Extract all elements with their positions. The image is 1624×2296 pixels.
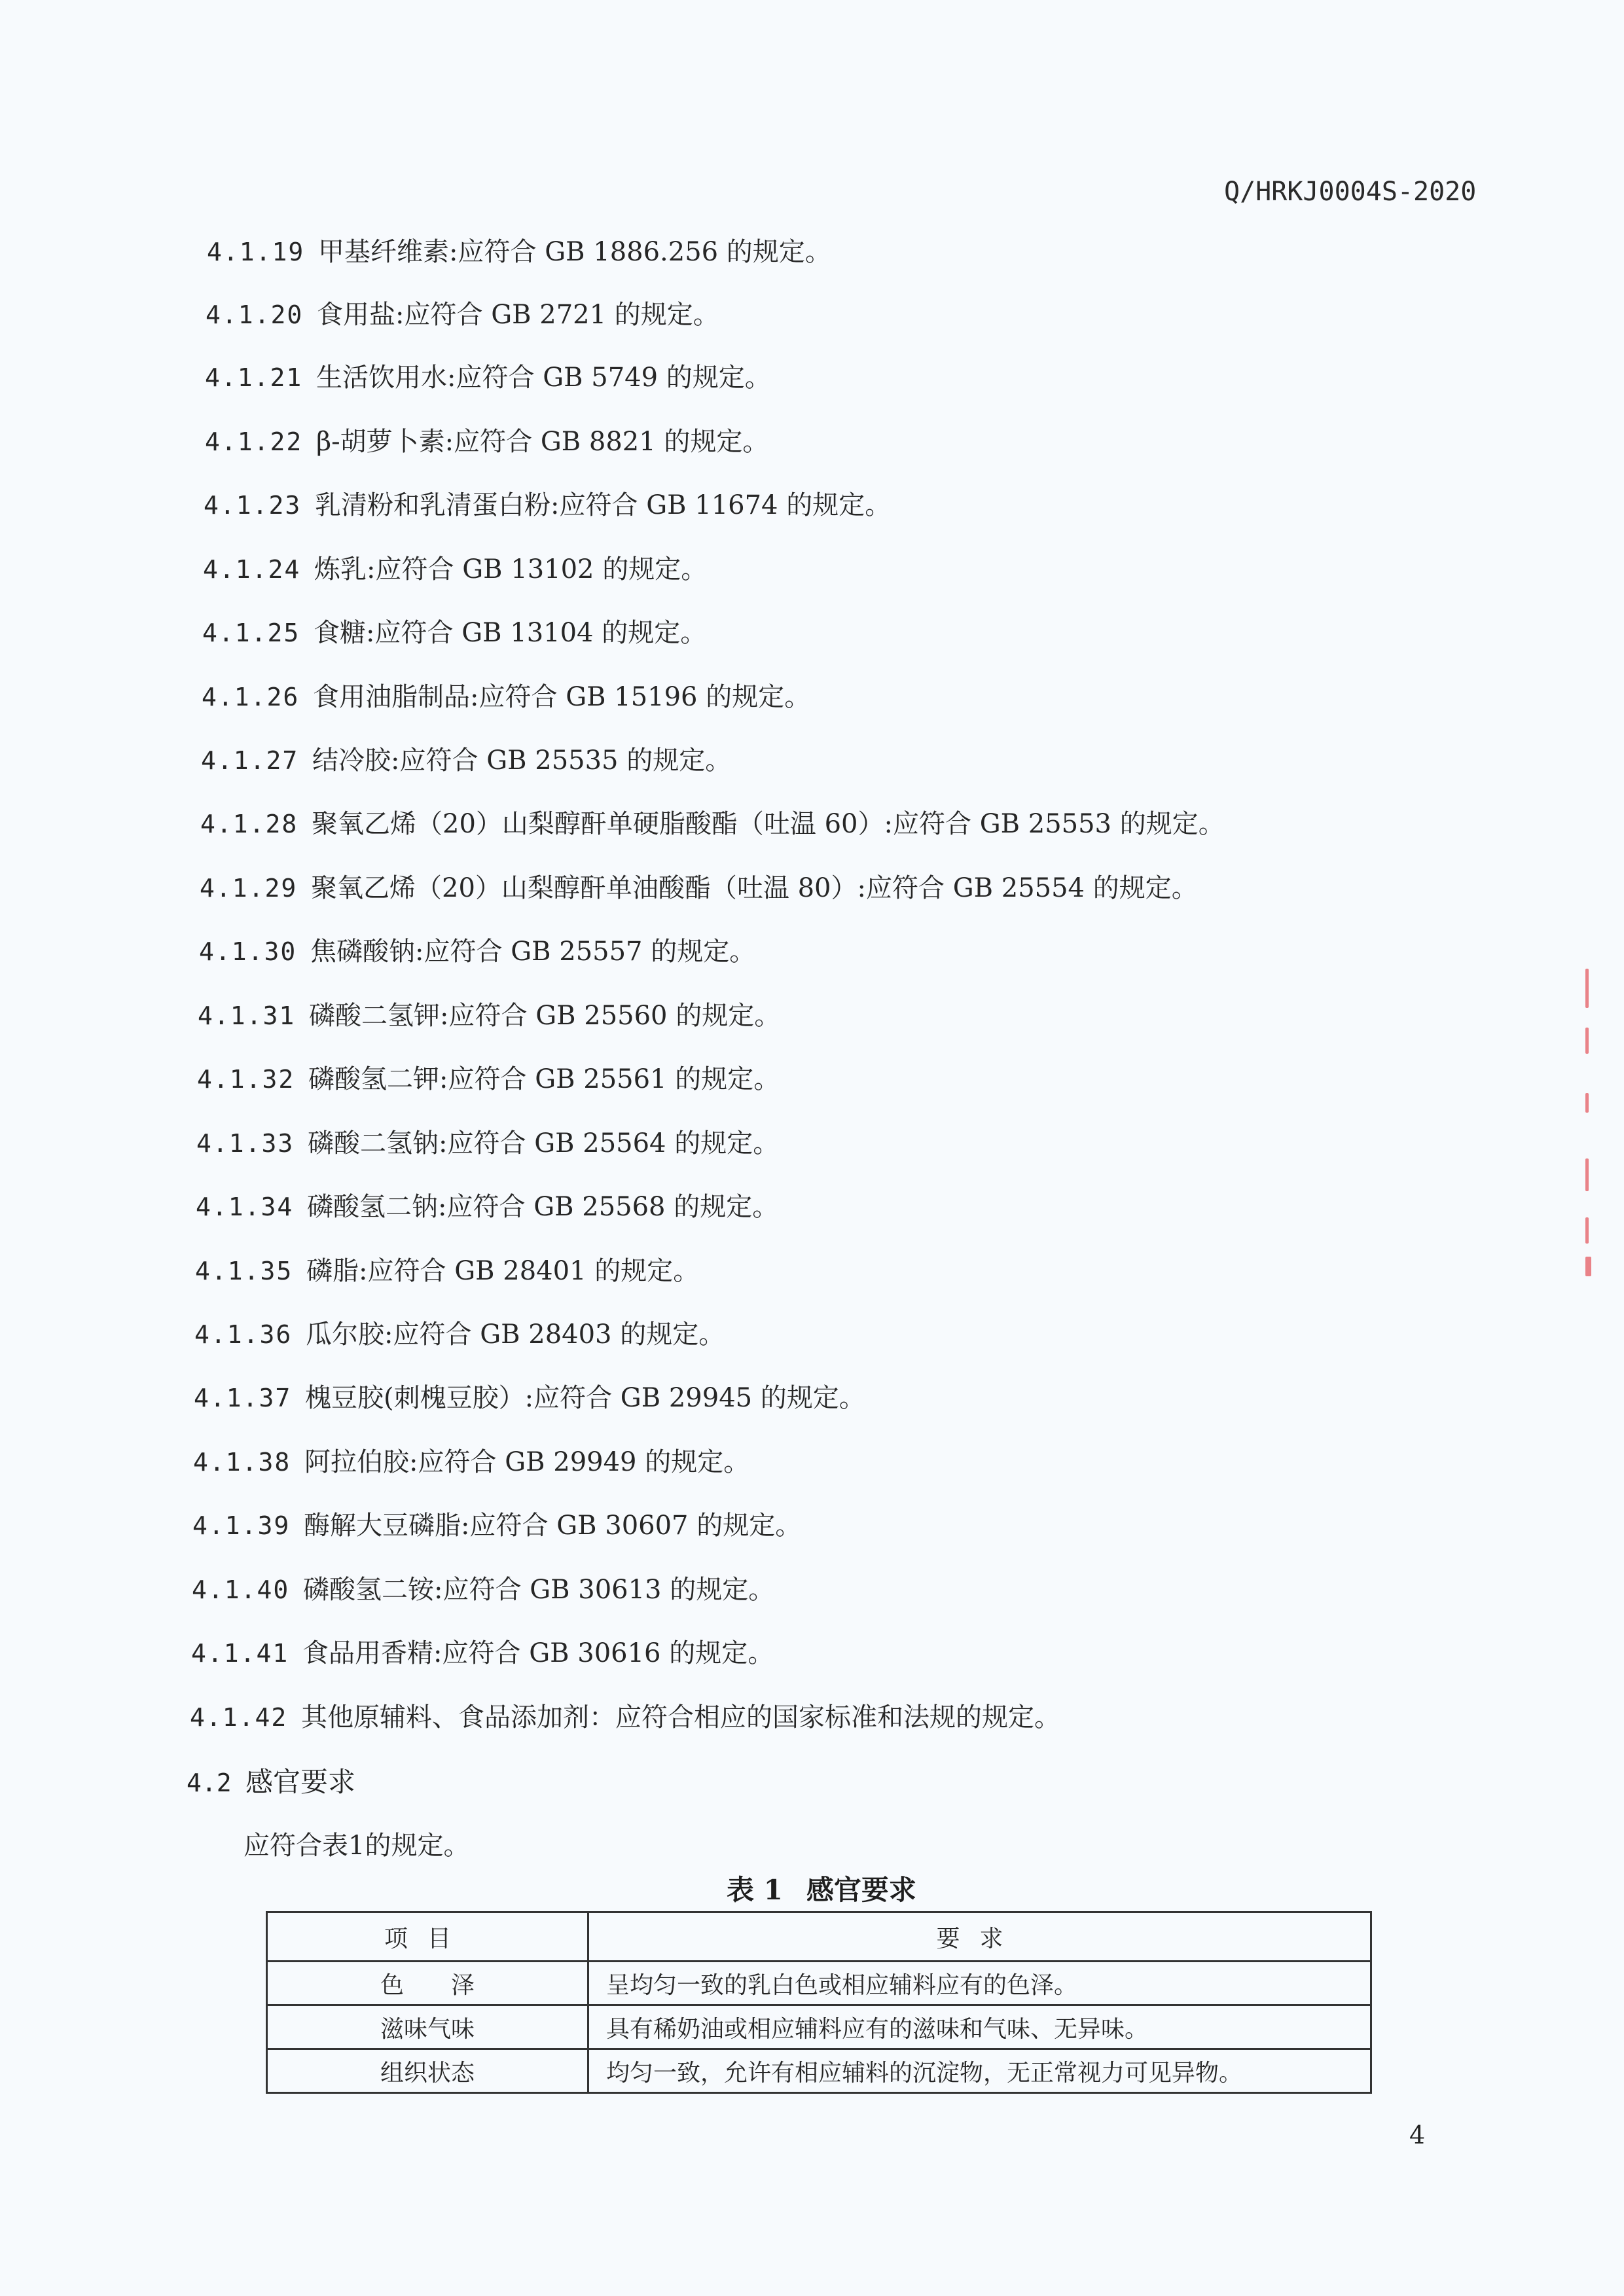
- item-number: 4.1.22: [205, 422, 316, 461]
- section-intro: 应符合表1的规定。: [244, 1826, 469, 1865]
- list-item: 4.1.34磷酸氢二钠:应符合 GB 25568 的规定。: [196, 1187, 778, 1227]
- list-item: 4.1.33磷酸二氢钠:应符合 GB 25564 的规定。: [196, 1124, 779, 1163]
- item-text: 磷脂:应符合 GB 28401 的规定。: [306, 1256, 699, 1286]
- header-item: 项目: [267, 1912, 588, 1962]
- cell-requirement: 均匀一致，允许有相应辅料的沉淀物，无正常视力可见异物。: [588, 2049, 1371, 2093]
- item-text: 食糖:应符合 GB 13104 的规定。: [314, 618, 706, 648]
- item-text: 结冷胶:应符合 GB 25535 的规定。: [312, 745, 731, 776]
- document-code: Q/HRKJ0004S-2020: [1224, 177, 1476, 207]
- item-number: 4.1.41: [191, 1634, 302, 1673]
- item-text: 聚氧乙烯（20）山梨醇酐单油酸酯（吐温 80）:应符合 GB 25554 的规定…: [311, 873, 1198, 903]
- item-number: 4.1.20: [206, 295, 317, 334]
- item-number: 4.1.35: [195, 1251, 306, 1291]
- item-number: 4.1.42: [190, 1698, 301, 1737]
- list-item: 4.1.25食糖:应符合 GB 13104 的规定。: [202, 613, 706, 653]
- item-text: 生活饮用水:应符合 GB 5749 的规定。: [316, 363, 771, 393]
- item-text: 聚氧乙烯（20）山梨醇酐单硬脂酸酯（吐温 60）:应符合 GB 25553 的规…: [312, 809, 1225, 839]
- item-text: 瓜尔胶:应符合 GB 28403 的规定。: [306, 1319, 725, 1350]
- item-number: 4.1.23: [204, 486, 315, 525]
- list-item: 4.1.21生活饮用水:应符合 GB 5749 的规定。: [205, 358, 771, 397]
- item-number: 4.1.34: [196, 1187, 307, 1227]
- table-header-row: 项目 要求: [267, 1912, 1371, 1962]
- sensory-requirements-table: 项目 要求 色 泽 呈均匀一致的乳白色或相应辅料应有的色泽。 滋味气味 具有稀奶…: [266, 1911, 1372, 2094]
- section-heading: 4.2感官要求: [187, 1763, 355, 1803]
- item-number: 4.1.28: [200, 804, 312, 844]
- item-text: 食用油脂制品:应符合 GB 15196 的规定。: [313, 682, 810, 712]
- table-caption-number: 表 1: [727, 1874, 783, 1906]
- list-item: 4.1.19甲基纤维素:应符合 GB 1886.256 的规定。: [207, 232, 831, 272]
- item-number: 4.1.25: [202, 613, 314, 653]
- item-number: 4.1.21: [205, 358, 316, 397]
- list-item: 4.1.38阿拉伯胶:应符合 GB 29949 的规定。: [193, 1443, 749, 1482]
- list-item: 4.1.31磷酸二氢钾:应符合 GB 25560 的规定。: [198, 996, 780, 1035]
- list-item: 4.1.35磷脂:应符合 GB 28401 的规定。: [195, 1251, 699, 1291]
- list-item: 4.1.42其他原辅料、食品添加剂：应符合相应的国家标准和法规的规定。: [190, 1698, 1060, 1737]
- page-number: 4: [1409, 2121, 1425, 2149]
- item-number: 4.1.37: [194, 1378, 305, 1418]
- item-number: 4.1.19: [207, 232, 318, 272]
- table-row: 组织状态 均匀一致，允许有相应辅料的沉淀物，无正常视力可见异物。: [267, 2049, 1371, 2093]
- list-item: 4.1.20食用盐:应符合 GB 2721 的规定。: [206, 295, 719, 334]
- item-number: 4.1.33: [196, 1124, 308, 1163]
- list-item: 4.1.41食品用香精:应符合 GB 30616 的规定。: [191, 1634, 774, 1673]
- item-number: 4.1.29: [200, 869, 311, 908]
- cell-item: 组织状态: [267, 2049, 588, 2093]
- cell-requirement: 呈均匀一致的乳白色或相应辅料应有的色泽。: [588, 1962, 1371, 2005]
- item-text: 磷酸氢二钾:应符合 GB 25561 的规定。: [308, 1064, 780, 1094]
- item-text: 阿拉伯胶:应符合 GB 29949 的规定。: [304, 1447, 749, 1477]
- item-text: 磷酸氢二铵:应符合 GB 30613 的规定。: [303, 1575, 774, 1605]
- list-item: 4.1.23乳清粉和乳清蛋白粉:应符合 GB 11674 的规定。: [204, 486, 891, 525]
- item-number: 4.1.32: [197, 1060, 308, 1099]
- item-number: 4.1.31: [198, 996, 309, 1035]
- list-item: 4.1.32磷酸氢二钾:应符合 GB 25561 的规定。: [197, 1060, 780, 1099]
- item-text: 磷酸二氢钾:应符合 GB 25560 的规定。: [309, 1001, 780, 1031]
- item-text: 磷酸二氢钠:应符合 GB 25564 的规定。: [308, 1128, 779, 1158]
- item-text: 磷酸氢二钠:应符合 GB 25568 的规定。: [307, 1192, 778, 1222]
- cell-item: 滋味气味: [267, 2005, 588, 2049]
- item-text: 其他原辅料、食品添加剂：应符合相应的国家标准和法规的规定。: [301, 1702, 1060, 1732]
- list-item: 4.1.30焦磷酸钠:应符合 GB 25557 的规定。: [199, 932, 755, 971]
- item-text: 槐豆胶(刺槐豆胶）:应符合 GB 29945 的规定。: [305, 1383, 865, 1413]
- item-text: 焦磷酸钠:应符合 GB 25557 的规定。: [310, 937, 755, 967]
- list-item: 4.1.39酶解大豆磷脂:应符合 GB 30607 的规定。: [192, 1506, 801, 1545]
- item-text: 炼乳:应符合 GB 13102 的规定。: [314, 554, 707, 584]
- header-requirement: 要求: [588, 1912, 1371, 1962]
- table-caption-title: 感官要求: [806, 1874, 916, 1906]
- item-number: 4.1.24: [203, 550, 314, 589]
- item-text: 食品用香精:应符合 GB 30616 的规定。: [302, 1638, 774, 1668]
- list-item: 4.1.28聚氧乙烯（20）山梨醇酐单硬脂酸酯（吐温 60）:应符合 GB 25…: [200, 804, 1225, 844]
- item-text: 乳清粉和乳清蛋白粉:应符合 GB 11674 的规定。: [315, 490, 891, 520]
- item-number: 4.1.38: [193, 1443, 304, 1482]
- cell-requirement: 具有稀奶油或相应辅料应有的滋味和气味、无异味。: [588, 2005, 1371, 2049]
- list-item: 4.1.22β-胡萝卜素:应符合 GB 8821 的规定。: [205, 422, 768, 461]
- list-item: 4.1.24炼乳:应符合 GB 13102 的规定。: [203, 550, 707, 589]
- item-number: 4.1.36: [194, 1315, 306, 1354]
- list-item: 4.1.27结冷胶:应符合 GB 25535 的规定。: [201, 741, 731, 780]
- item-text: 酶解大豆磷脂:应符合 GB 30607 的规定。: [304, 1511, 801, 1541]
- list-item: 4.1.40磷酸氢二铵:应符合 GB 30613 的规定。: [192, 1570, 774, 1609]
- table-caption: 表 1感官要求: [727, 1871, 916, 1910]
- item-number: 4.1.27: [201, 741, 312, 780]
- item-text: 甲基纤维素:应符合 GB 1886.256 的规定。: [318, 237, 831, 267]
- item-number: 4.1.39: [192, 1506, 304, 1545]
- list-item: 4.1.37槐豆胶(刺槐豆胶）:应符合 GB 29945 的规定。: [194, 1378, 865, 1418]
- table-row: 色 泽 呈均匀一致的乳白色或相应辅料应有的色泽。: [267, 1962, 1371, 2005]
- list-item: 4.1.36瓜尔胶:应符合 GB 28403 的规定。: [194, 1315, 725, 1354]
- item-number: 4.1.40: [192, 1570, 303, 1609]
- section-number: 4.2: [187, 1763, 245, 1803]
- cell-item: 色 泽: [267, 1962, 588, 2005]
- table-row: 滋味气味 具有稀奶油或相应辅料应有的滋味和气味、无异味。: [267, 2005, 1371, 2049]
- item-text: 食用盐:应符合 GB 2721 的规定。: [317, 300, 719, 330]
- item-text: β-胡萝卜素:应符合 GB 8821 的规定。: [316, 427, 768, 457]
- item-number: 4.1.26: [202, 677, 313, 717]
- list-item: 4.1.29聚氧乙烯（20）山梨醇酐单油酸酯（吐温 80）:应符合 GB 255…: [200, 869, 1198, 908]
- section-title: 感官要求: [245, 1766, 355, 1798]
- seal-stamp-edge: [1579, 969, 1598, 1257]
- list-item: 4.1.26食用油脂制品:应符合 GB 15196 的规定。: [202, 677, 810, 717]
- item-number: 4.1.30: [199, 932, 310, 971]
